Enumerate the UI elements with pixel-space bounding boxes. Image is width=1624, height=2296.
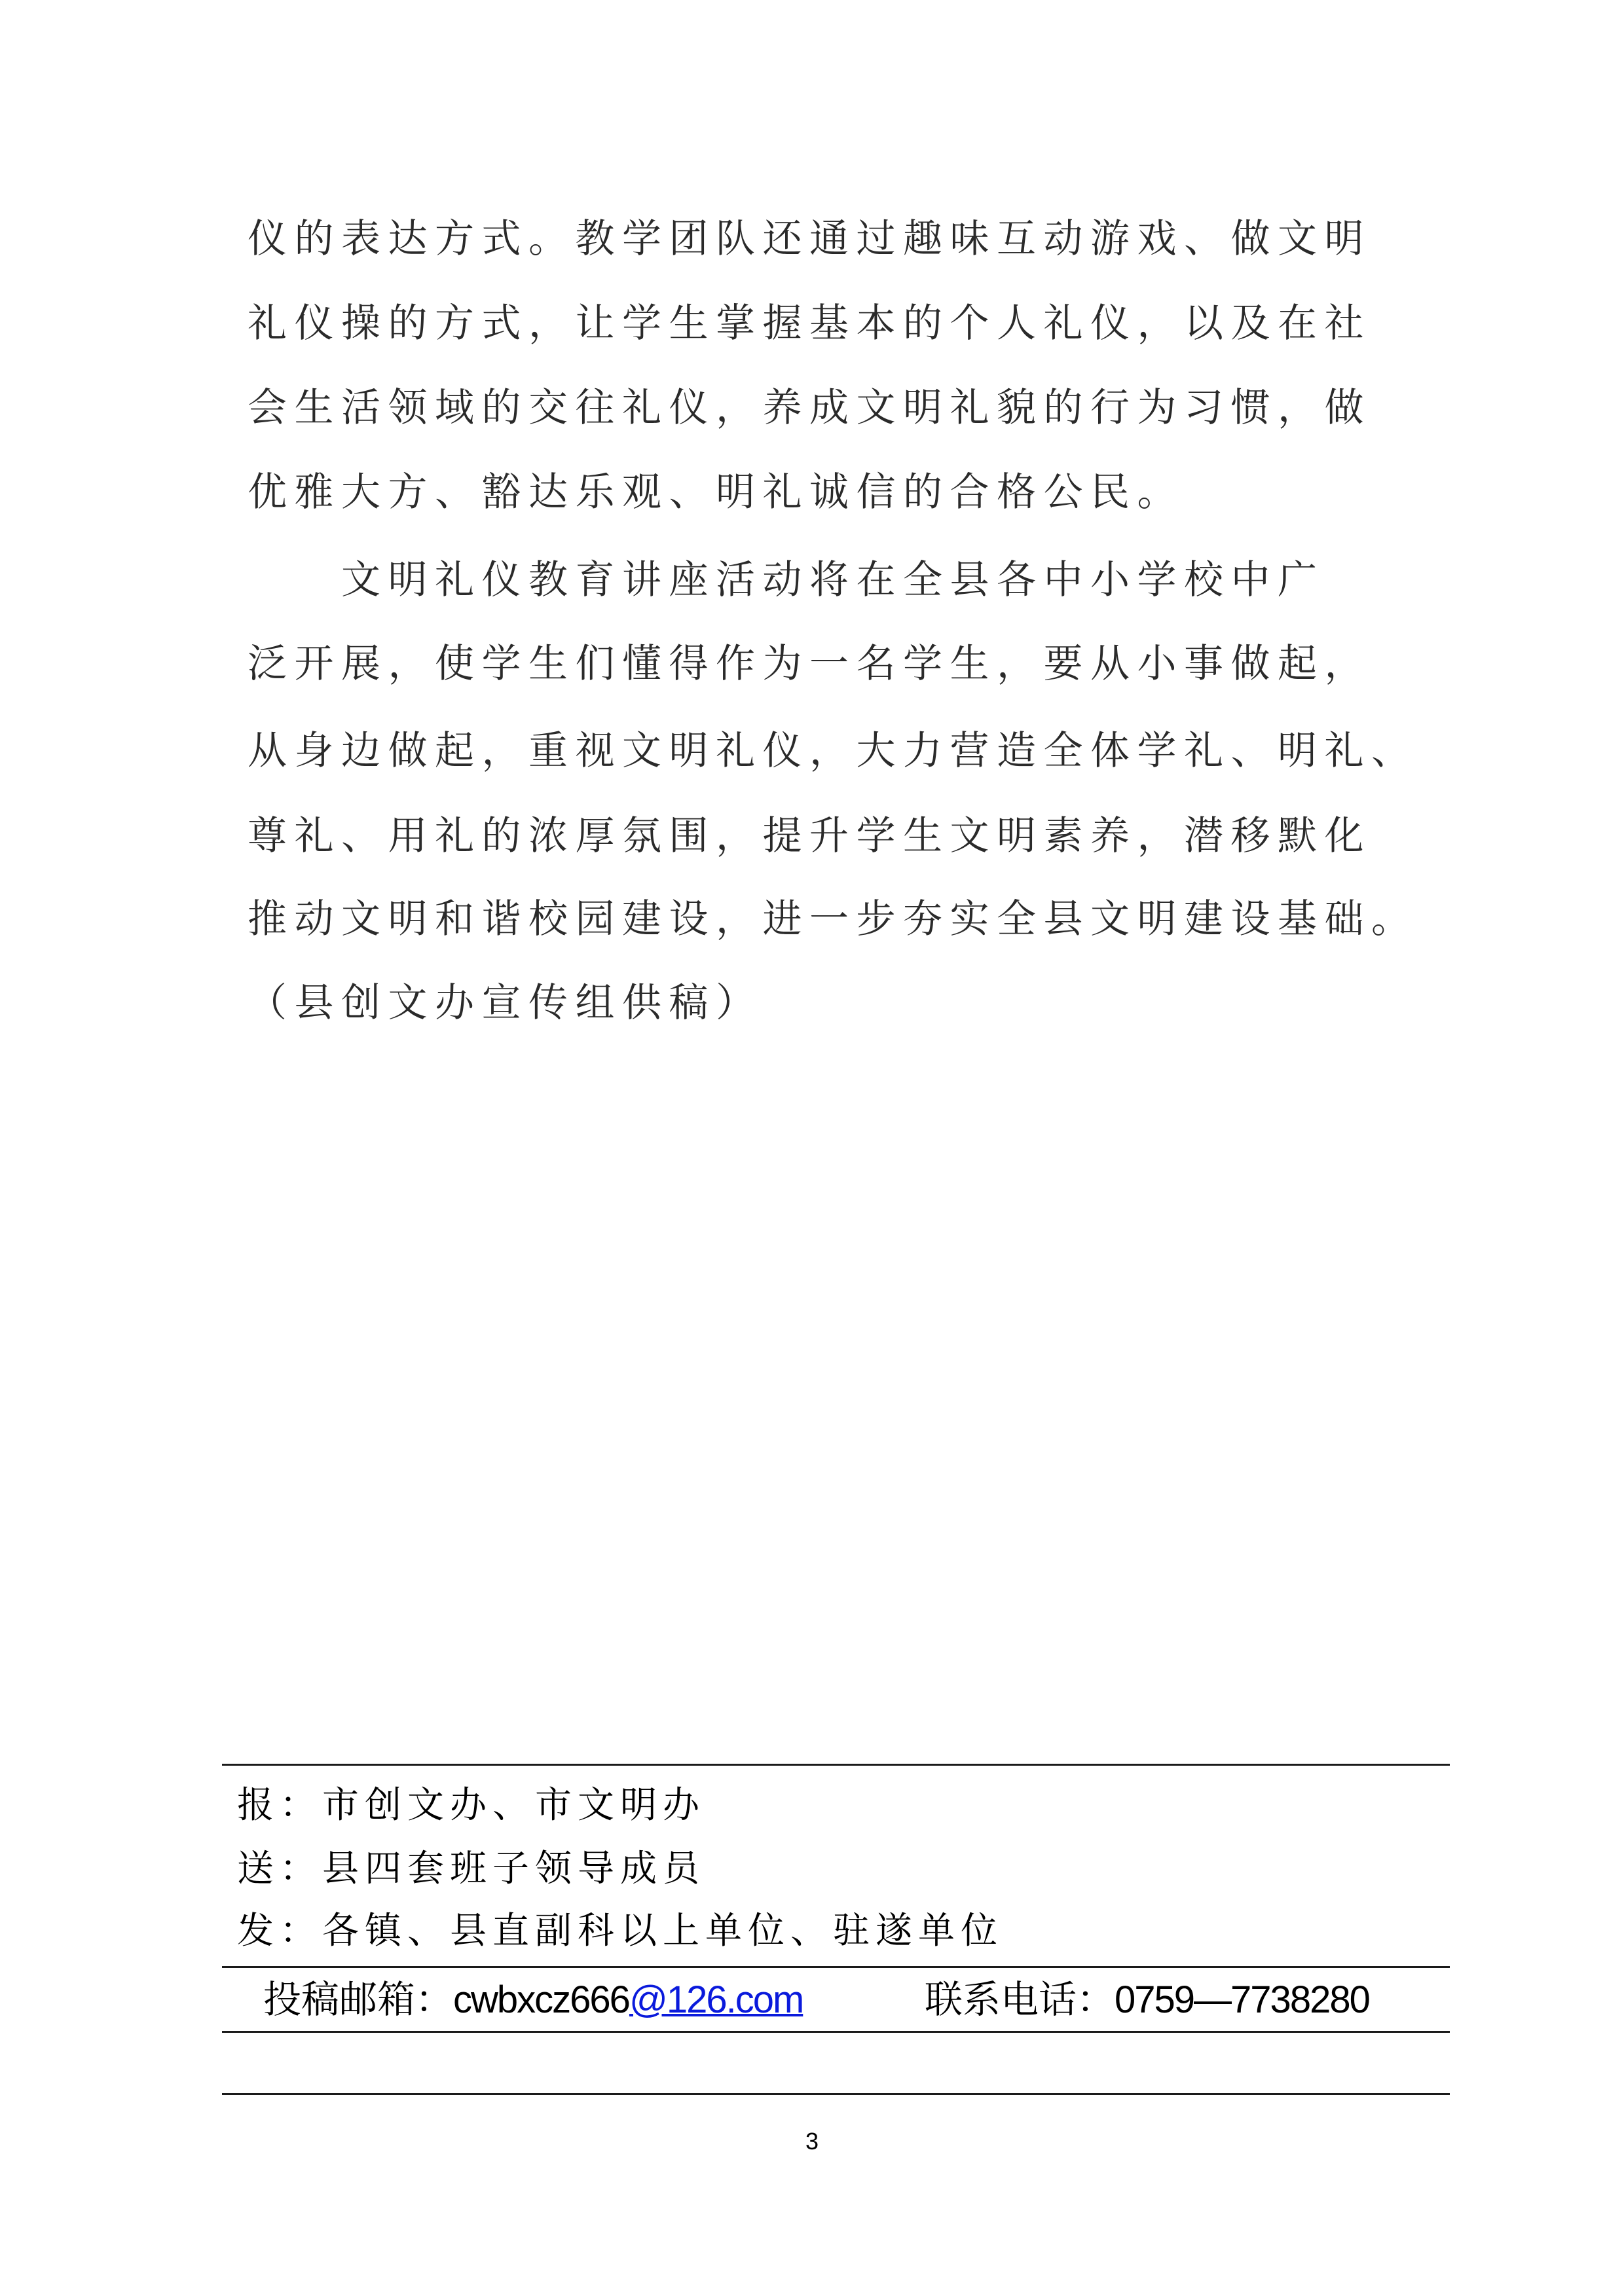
phone-number: 0759—7738280 <box>1115 1978 1369 2021</box>
paragraph-line: 推动文明和谐校园建设，进一步夯实全县文明建设基础。 <box>248 877 1418 962</box>
divider-lower <box>222 2031 1450 2033</box>
paragraph-line: 优雅大方、豁达乐观、明礼诚信的合格公民。 <box>248 450 1184 535</box>
divider-bottom <box>222 2093 1450 2095</box>
source-credit: （县创文办宣传组供稿） <box>248 960 763 1046</box>
email-contact: 投稿邮箱：cwbxcz666@126.com <box>263 1969 803 2030</box>
paragraph-line-indented: 文明礼仪教育讲座活动将在全县各中小学校中广 <box>341 538 1325 623</box>
email-label: 投稿邮箱： <box>263 1977 453 2022</box>
distribution-issue: 发：各镇、县直副科以上单位、驻遂单位 <box>237 1900 1003 1963</box>
divider-middle <box>222 1966 1450 1968</box>
phone-label: 联系电话： <box>925 1977 1115 2022</box>
paragraph-line: 从身边做起，重视文明礼仪，大力营造全体学礼、明礼、 <box>248 708 1418 793</box>
paragraph-line: 尊礼、用礼的浓厚氛围，提升学生文明素养，潜移默化 <box>248 793 1371 879</box>
paragraph-line: 会生活领域的交往礼仪，养成文明礼貌的行为习惯，做 <box>248 365 1371 450</box>
distribution-send: 送：县四套班子领导成员 <box>237 1838 705 1901</box>
email-link[interactable]: @126.com <box>629 1978 803 2021</box>
paragraph-line: 仪的表达方式。教学团队还通过趣味互动游戏、做文明 <box>248 196 1371 282</box>
paragraph-line: 泛开展，使学生们懂得作为一名学生，要从小事做起， <box>248 621 1371 706</box>
paragraph-line: 礼仪操的方式，让学生掌握基本的个人礼仪，以及在社 <box>248 281 1371 366</box>
page-number: 3 <box>0 2128 1624 2155</box>
distribution-report: 报：市创文办、市文明办 <box>237 1774 705 1837</box>
divider-top <box>222 1764 1450 1766</box>
phone-contact: 联系电话：0759—7738280 <box>925 1969 1369 2030</box>
email-user: cwbxcz666 <box>453 1978 629 2021</box>
